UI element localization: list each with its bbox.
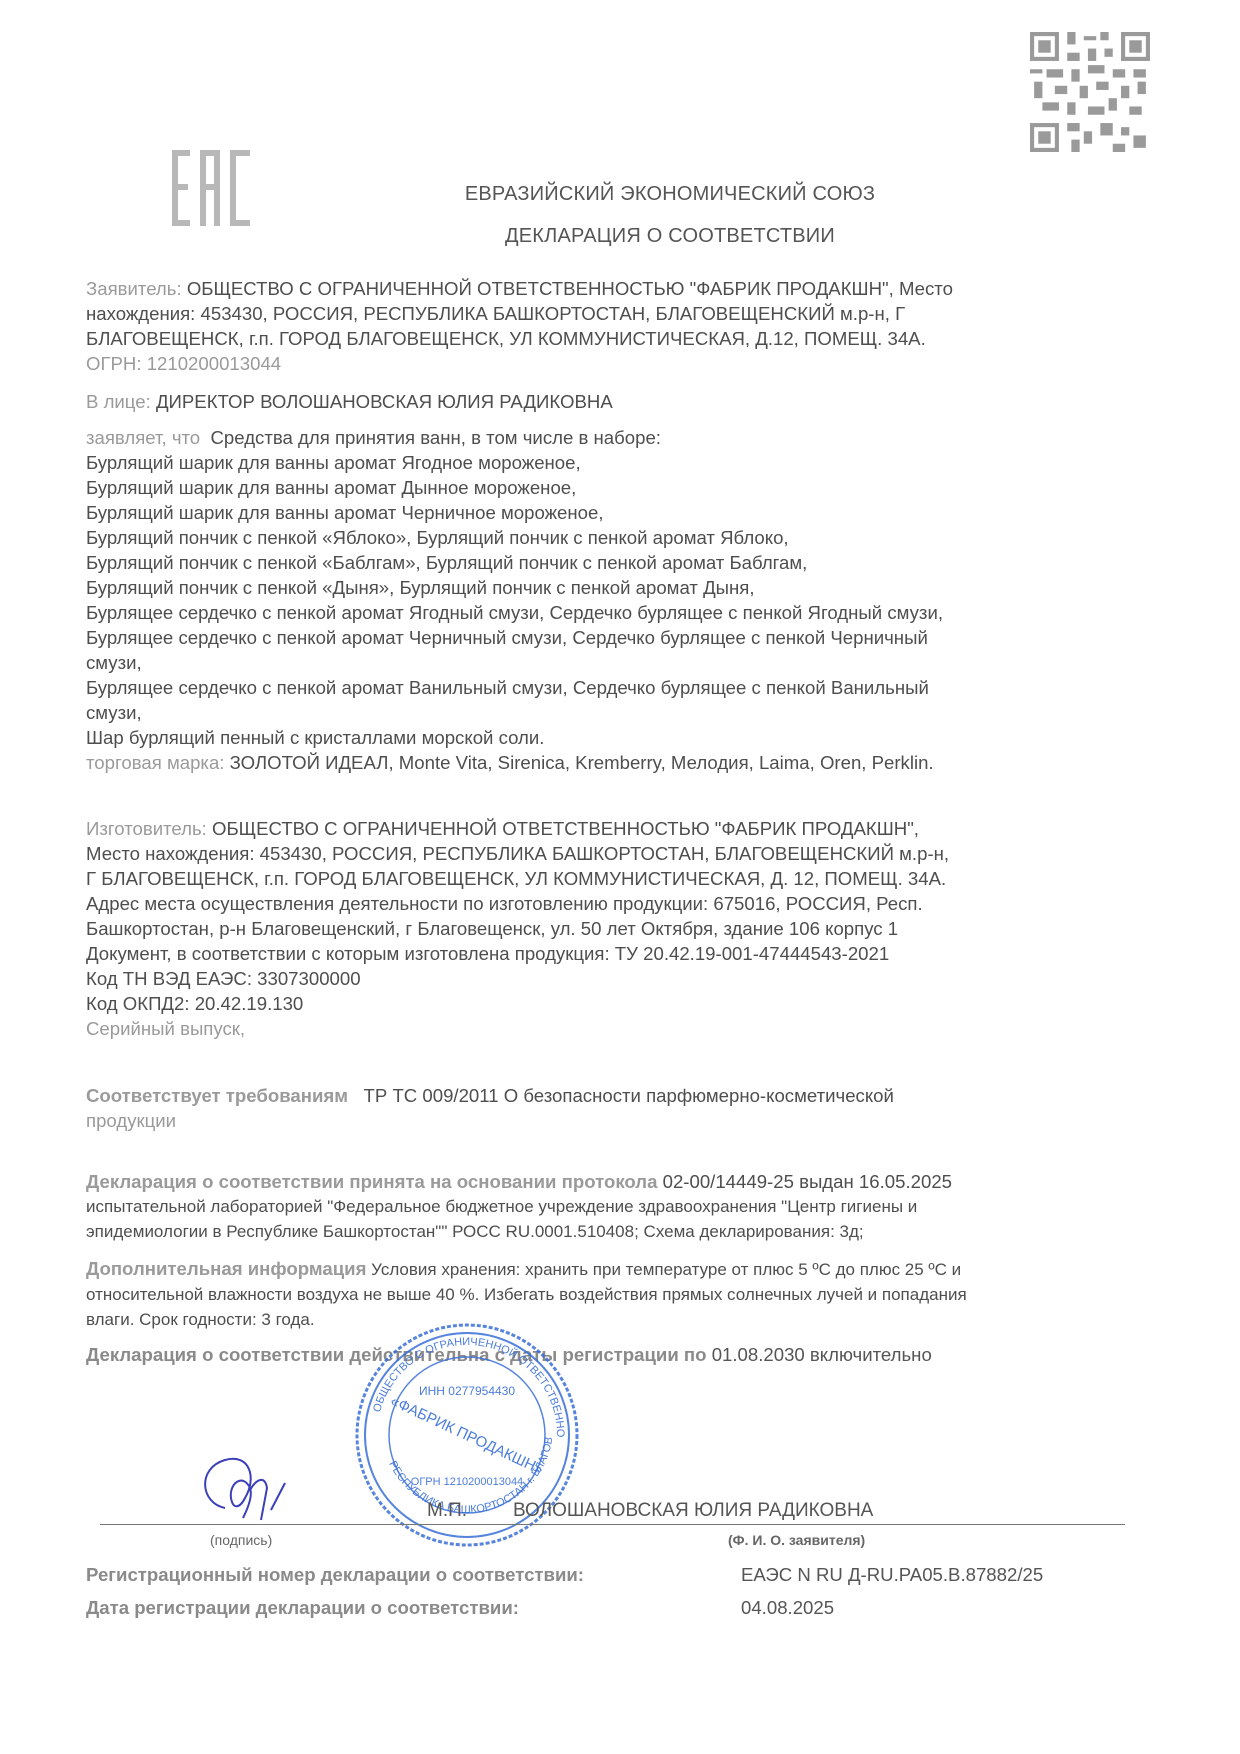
declares-intro: Средства для принятия ванн, в том числе … — [200, 427, 661, 448]
additional-info-section: Дополнительная информация Условия хранен… — [86, 1256, 1186, 1332]
manufacturer-line: Адрес места осуществления деятельности п… — [86, 891, 1186, 916]
product-line: Бурлящее сердечко с пенкой аромат Ягодны… — [86, 600, 1186, 625]
manufacturer-line: Документ, в соответствии с которым изгот… — [86, 941, 1186, 966]
product-line: Бурлящее сердечко с пенкой аромат Ваниль… — [86, 675, 1186, 700]
product-line: Шар бурлящий пенный с кристаллами морско… — [86, 725, 1186, 750]
registration-number-row: Регистрационный номер декларации о соотв… — [86, 1564, 1043, 1586]
validity-section: Декларация о соответствии действительна … — [86, 1342, 1186, 1367]
signature-caption: (подпись) — [210, 1532, 272, 1548]
trademark-label: торговая марка: — [86, 752, 224, 773]
trademark-value: ЗОЛОТОЙ ИДЕАЛ, Monte Vita, Sirenica, Kre… — [230, 752, 934, 773]
stamp-inn: ИНН 0277954430 — [419, 1384, 515, 1398]
conformity-value-cont: продукции — [86, 1108, 1186, 1133]
represented-by: В лице: ДИРЕКТОР ВОЛОШАНОВСКАЯ ЮЛИЯ РАДИ… — [86, 389, 1186, 414]
signature-line — [100, 1524, 1125, 1525]
stamp-outer-text: ОБЩЕСТВО С ОГРАНИЧЕННОЙ ОТВЕТСТВЕННОСТЬЮ — [352, 1320, 566, 1438]
declaration-page: ЕВРАЗИЙСКИЙ ЭКОНОМИЧЕСКИЙ СОЮЗ ДЕКЛАРАЦИ… — [0, 0, 1240, 1754]
product-line: смузи, — [86, 700, 1186, 725]
applicant-label: Заявитель: — [86, 278, 182, 299]
stamp-name: «ФАБРИК ПРОДАКШН» — [388, 1393, 546, 1479]
manufacturer-line: Г БЛАГОВЕЩЕНСК, г.п. ГОРОД БЛАГОВЕЩЕНСК,… — [86, 866, 1186, 891]
registration-date-label: Дата регистрации декларации о соответств… — [86, 1597, 741, 1619]
applicant-section: Заявитель: ОБЩЕСТВО С ОГРАНИЧЕННОЙ ОТВЕТ… — [86, 276, 1186, 376]
applicant-ogrn: ОГРН: 1210200013044 — [86, 351, 1186, 376]
additional-line: относительной влажности воздуха не выше … — [86, 1282, 1186, 1307]
registration-date-row: Дата регистрации декларации о соответств… — [86, 1597, 834, 1619]
additional-label: Дополнительная информация — [86, 1258, 366, 1279]
conformity-label: Соответствует требованиям — [86, 1085, 348, 1106]
registration-number-label: Регистрационный номер декларации о соотв… — [86, 1564, 741, 1586]
represented-label: В лице: — [86, 391, 151, 412]
union-title: ЕВРАЗИЙСКИЙ ЭКОНОМИЧЕСКИЙ СОЮЗ — [0, 183, 1240, 206]
product-line: Бурлящий пончик с пенкой «Яблоко», Бурля… — [86, 525, 1186, 550]
manufacturer-line: Код ТН ВЭД ЕАЭС: 3307300000 — [86, 966, 1186, 991]
product-line: Бурлящий пончик с пенкой «Дыня», Бурлящи… — [86, 575, 1186, 600]
protocol-line: эпидемиологии в Республике Башкортостан"… — [86, 1219, 1186, 1244]
product-line: Бурлящий шарик для ванны аромат Ягодное … — [86, 450, 1186, 475]
product-line: Бурлящее сердечко с пенкой аромат Чернич… — [86, 625, 1186, 650]
stamp-ogrn: ОГРН 1210200013044 — [411, 1476, 523, 1488]
manufacturer-line: Серийный выпуск, — [86, 1016, 1186, 1041]
represented-value: ДИРЕКТОР ВОЛОШАНОВСКАЯ ЮЛИЯ РАДИКОВНА — [156, 391, 613, 412]
protocol-value: 02-00/14449-25 выдан 16.05.2025 — [657, 1171, 952, 1192]
svg-text:ОБЩЕСТВО С ОГРАНИЧЕННОЙ ОТВЕТС: ОБЩЕСТВО С ОГРАНИЧЕННОЙ ОТВЕТСТВЕННОСТЬЮ — [352, 1320, 566, 1438]
registration-date-value: 04.08.2025 — [741, 1597, 834, 1618]
signer-name: ВОЛОШАНОВСКАЯ ЮЛИЯ РАДИКОВНА — [513, 1500, 873, 1522]
protocol-label: Декларация о соответствии принята на осн… — [86, 1171, 657, 1192]
registration-number-value: ЕАЭС N RU Д-RU.PA05.B.87882/25 — [741, 1564, 1043, 1585]
validity-value: 01.08.2030 включительно — [707, 1344, 932, 1365]
manufacturer-label: Изготовитель: — [86, 818, 207, 839]
declares-section: заявляет, что Средства для принятия ванн… — [86, 425, 1186, 775]
product-line: Бурлящий пончик с пенкой «Баблгам», Бурл… — [86, 550, 1186, 575]
conformity-value: ТР ТС 009/2011 О безопасности парфюмерно… — [348, 1085, 894, 1106]
protocol-section: Декларация о соответствии принята на осн… — [86, 1169, 1186, 1244]
fio-caption: (Ф. И. О. заявителя) — [728, 1532, 865, 1548]
applicant-line: БЛАГОВЕЩЕНСК, г.п. ГОРОД БЛАГОВЕЩЕНСК, У… — [86, 326, 1186, 351]
manufacturer-line: Место нахождения: 453430, РОССИЯ, РЕСПУБ… — [86, 841, 1186, 866]
qr-code-icon — [1030, 32, 1150, 152]
applicant-line: нахождения: 453430, РОССИЯ, РЕСПУБЛИКА Б… — [86, 301, 1186, 326]
additional-value: Условия хранения: хранить при температур… — [366, 1260, 961, 1279]
applicant-line: ОБЩЕСТВО С ОГРАНИЧЕННОЙ ОТВЕТСТВЕННОСТЬЮ… — [187, 278, 953, 299]
product-line: Бурлящий шарик для ванны аромат Дынное м… — [86, 475, 1186, 500]
product-line: смузи, — [86, 650, 1186, 675]
protocol-line: испытательной лабораторией "Федеральное … — [86, 1194, 1186, 1219]
conformity-section: Соответствует требованиям ТР ТС 009/2011… — [86, 1083, 1186, 1133]
manufacturer-line: ОБЩЕСТВО С ОГРАНИЧЕННОЙ ОТВЕТСТВЕННОСТЬЮ… — [212, 818, 919, 839]
manufacturer-section: Изготовитель: ОБЩЕСТВО С ОГРАНИЧЕННОЙ ОТ… — [86, 816, 1186, 1041]
additional-line: влаги. Срок годности: 3 года. — [86, 1307, 1186, 1332]
document-title: ДЕКЛАРАЦИЯ О СООТВЕТСТВИИ — [0, 225, 1240, 248]
product-line: Бурлящий шарик для ванны аромат Чернично… — [86, 500, 1186, 525]
manufacturer-line: Код ОКПД2: 20.42.19.130 — [86, 991, 1186, 1016]
declares-label: заявляет, что — [86, 427, 200, 448]
signature-icon — [195, 1448, 315, 1528]
manufacturer-line: Башкортостан, р-н Благовещенский, г Благ… — [86, 916, 1186, 941]
mp-label: М.П. — [427, 1500, 467, 1522]
